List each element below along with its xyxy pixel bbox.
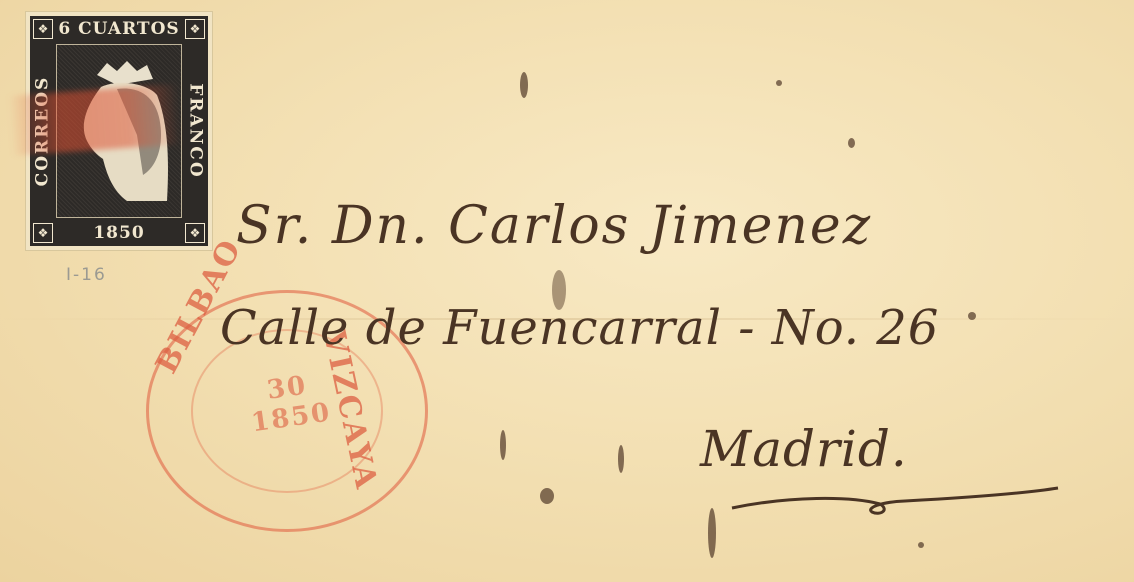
corner-ornament-icon: ❖	[185, 19, 205, 39]
address-addressee: Sr. Dn. Carlos Jimenez	[236, 196, 872, 256]
red-cancellation-mark	[8, 84, 182, 156]
ink-blot	[520, 72, 528, 98]
address-street: Calle de Fuencarral - No. 26	[220, 300, 939, 356]
ink-blot	[500, 430, 506, 460]
stamp-right-text: FRANCO	[186, 83, 206, 178]
stamp-side-right: FRANCO	[185, 46, 207, 216]
ink-blot	[552, 270, 566, 310]
postmark-date: 30 1850	[245, 368, 333, 439]
ink-blot	[618, 445, 624, 473]
stamp-year: 1850	[54, 222, 184, 244]
ink-blot	[918, 542, 924, 548]
ink-blot	[708, 508, 716, 558]
address-city: Madrid.	[700, 420, 908, 478]
postal-cover: ❖ ❖ ❖ ❖ 6 CUARTOS CORREOS FRANCO 1850 I-…	[0, 0, 1134, 582]
stamp-denomination: 6 CUARTOS	[54, 18, 184, 40]
ink-blot	[848, 138, 855, 148]
corner-ornament-icon: ❖	[185, 223, 205, 243]
corner-ornament-icon: ❖	[33, 223, 53, 243]
flourish-underline	[730, 486, 1060, 516]
corner-ornament-icon: ❖	[33, 19, 53, 39]
ink-blot	[776, 80, 782, 86]
pencil-catalog-note: I-16	[66, 265, 107, 285]
ink-blot	[540, 488, 554, 504]
ink-blot	[968, 312, 976, 320]
